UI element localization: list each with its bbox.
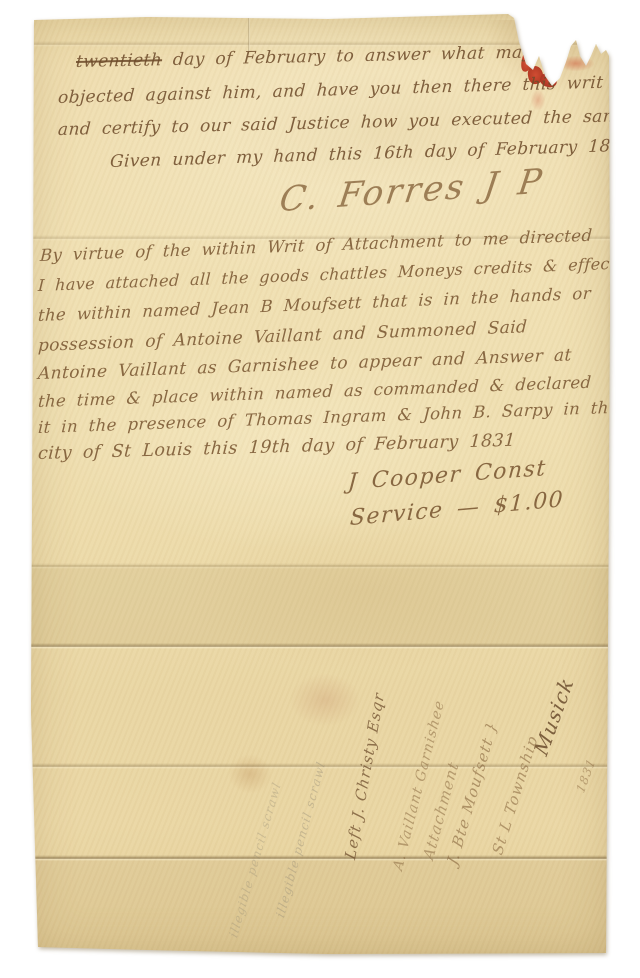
justice-signature: C. Forres J P — [277, 161, 546, 220]
wax-smudge — [558, 56, 594, 71]
handwritten-line: objected against him, and have you then … — [57, 73, 604, 108]
document-page-wrap: twentieth day of February to answer what… — [28, 12, 610, 956]
fold-crease — [28, 563, 610, 569]
age-stain — [290, 674, 360, 726]
document-page: twentieth day of February to answer what… — [28, 12, 610, 956]
constable-signature: J Cooper Const — [347, 456, 547, 495]
service-fee: Service — $1.00 — [349, 487, 564, 531]
fold-crease — [28, 643, 610, 649]
fold-tone-band — [28, 565, 610, 645]
fold-tone-band — [28, 857, 610, 956]
struck-word: twentieth — [75, 50, 162, 72]
docket-line: St L Township — [489, 732, 542, 857]
handwritten-line: city of St Louis this 19th day of Februa… — [37, 431, 516, 464]
docket-line: 1831 — [574, 756, 599, 795]
scan-background: twentieth day of February to answer what… — [0, 0, 640, 978]
handwritten-line: and certify to our said Justice how you … — [57, 106, 610, 140]
age-stain — [228, 754, 272, 794]
fold-crease — [28, 855, 610, 861]
fold-nick — [248, 18, 250, 52]
docket-line: Left J. Christy Esqr — [341, 690, 388, 861]
